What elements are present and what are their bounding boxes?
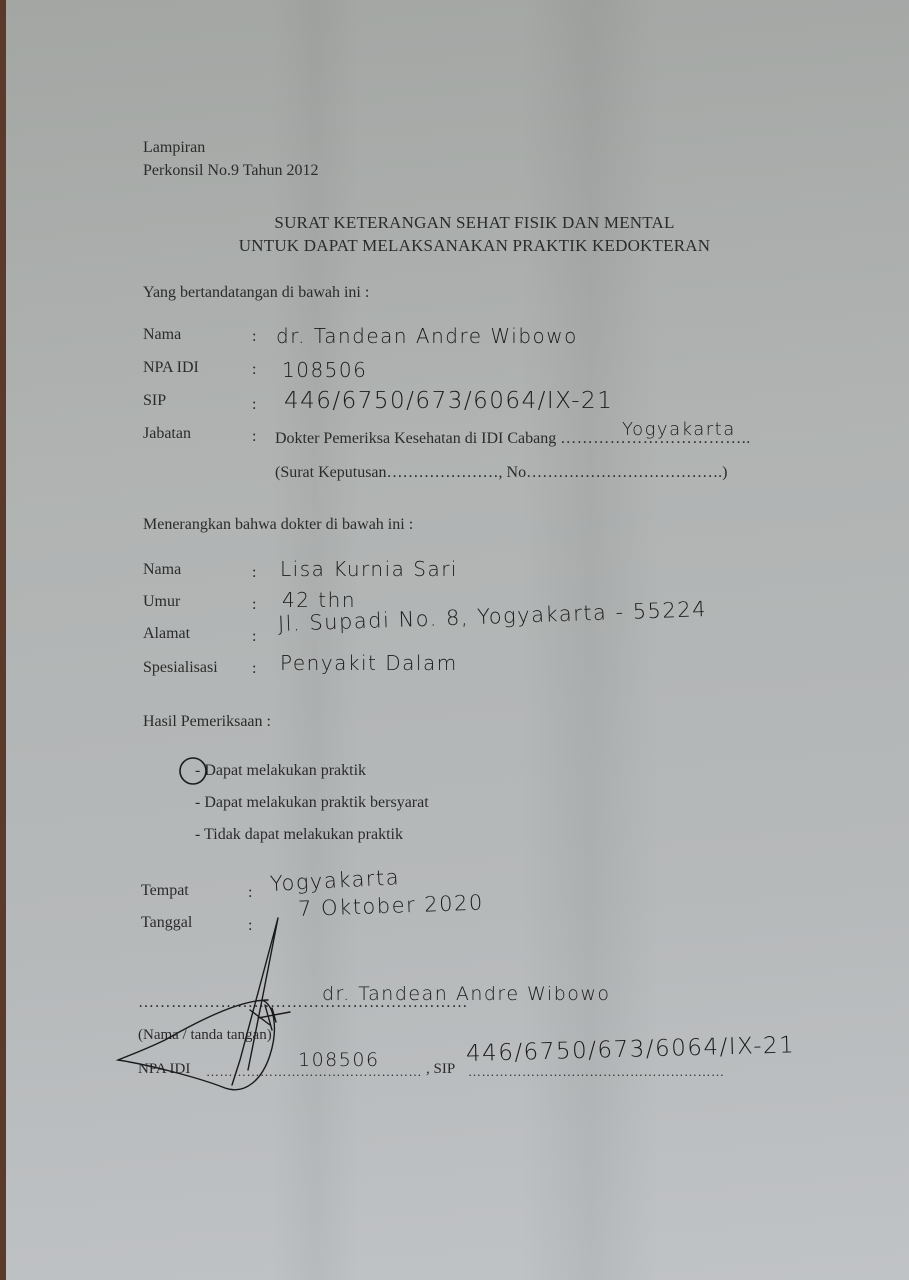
pen-marks <box>0 0 909 1280</box>
selection-circle <box>180 758 206 784</box>
signature-scribble <box>118 918 290 1090</box>
